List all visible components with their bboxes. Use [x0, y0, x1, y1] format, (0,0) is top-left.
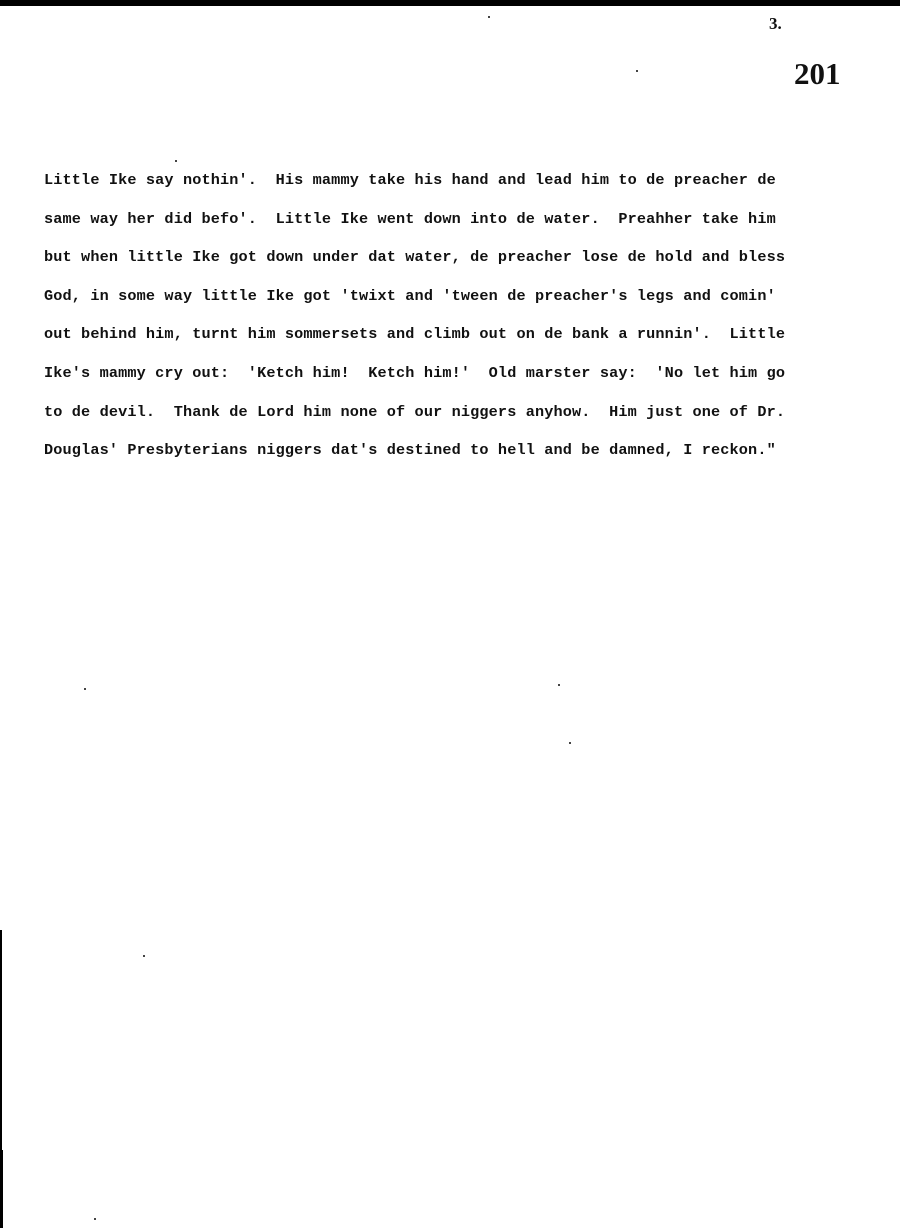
text-line: Ike's mammy cry out: 'Ketch him! Ketch h… [44, 359, 844, 398]
scan-speck [636, 70, 638, 72]
scan-left-border-bottom [0, 1150, 3, 1228]
text-line: but when little Ike got down under dat w… [44, 243, 844, 282]
scan-left-border [0, 930, 2, 1150]
scan-speck [558, 684, 560, 686]
scan-speck [84, 688, 86, 690]
text-line: same way her did befo'. Little Ike went … [44, 205, 844, 244]
scan-speck [94, 1218, 96, 1220]
scan-speck [175, 160, 177, 162]
scan-speck [143, 955, 145, 957]
text-line: to de devil. Thank de Lord him none of o… [44, 398, 844, 437]
page-sequence-mark: 3. [769, 14, 782, 34]
scan-speck [569, 742, 571, 744]
scan-top-border [0, 0, 900, 6]
text-line: out behind him, turnt him sommersets and… [44, 320, 844, 359]
text-line: Douglas' Presbyterians niggers dat's des… [44, 436, 844, 475]
text-line: God, in some way little Ike got 'twixt a… [44, 282, 844, 321]
scan-speck [488, 16, 490, 18]
page-number: 201 [794, 56, 841, 92]
text-line: Little Ike say nothin'. His mammy take h… [44, 166, 844, 205]
typewritten-body: Little Ike say nothin'. His mammy take h… [44, 166, 844, 475]
